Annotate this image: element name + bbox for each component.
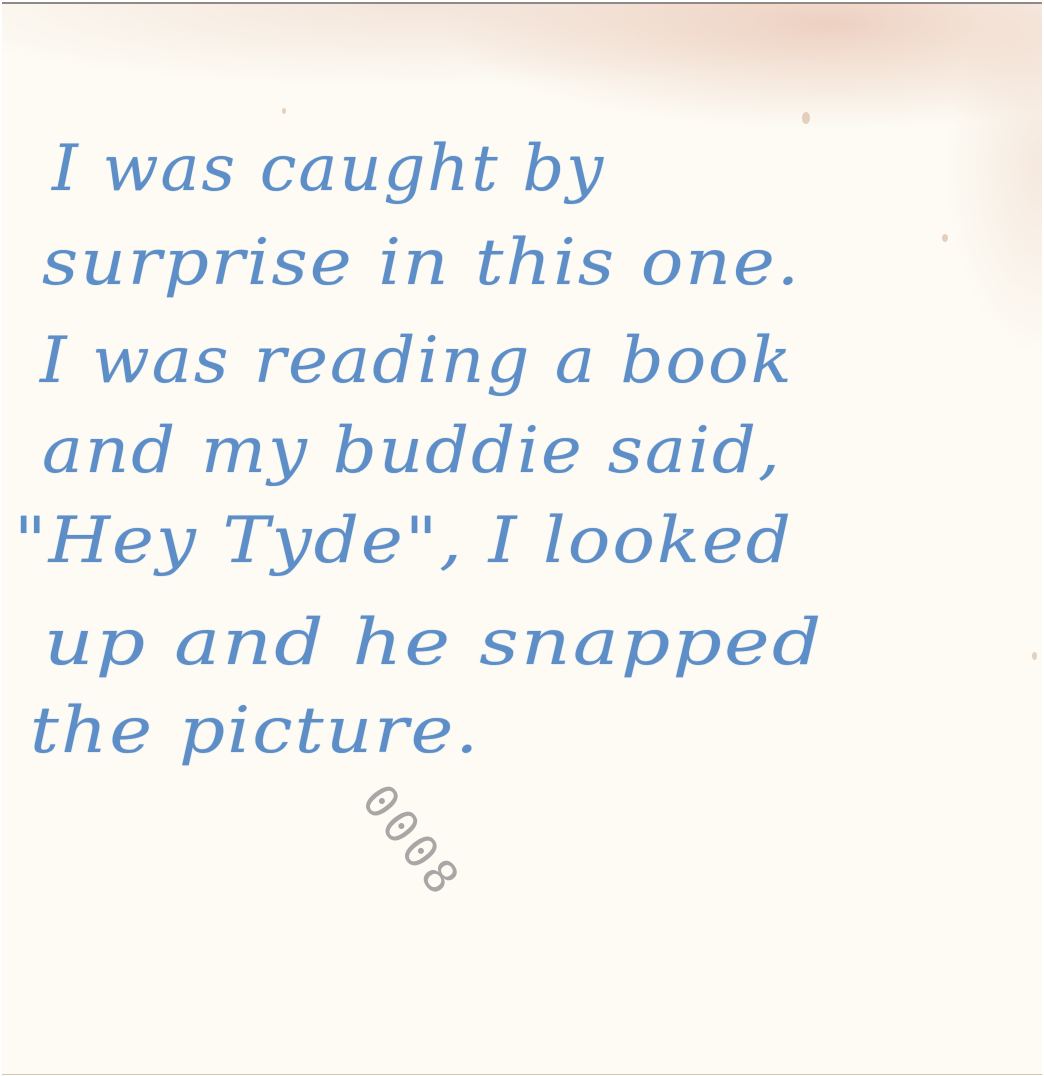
handwriting-line-2: surprise in this one. (42, 226, 801, 300)
speck (942, 234, 948, 242)
stamped-number: 0008 (351, 774, 472, 907)
speck (1032, 652, 1037, 660)
handwriting-line-3: I was reading a book (40, 324, 794, 398)
speck (282, 108, 286, 114)
handwriting-line-4: and my buddie said, (42, 414, 782, 488)
handwriting-line-1: I was caught by (52, 132, 605, 206)
photo-back-card: I was caught by surprise in this one. I … (2, 2, 1042, 1075)
handwriting-line-5: "Hey Tyde", I looked (14, 504, 793, 578)
handwriting-line-6: up and he snapped (44, 606, 824, 680)
handwriting-line-7: the picture. (30, 694, 480, 768)
speck (802, 112, 810, 124)
